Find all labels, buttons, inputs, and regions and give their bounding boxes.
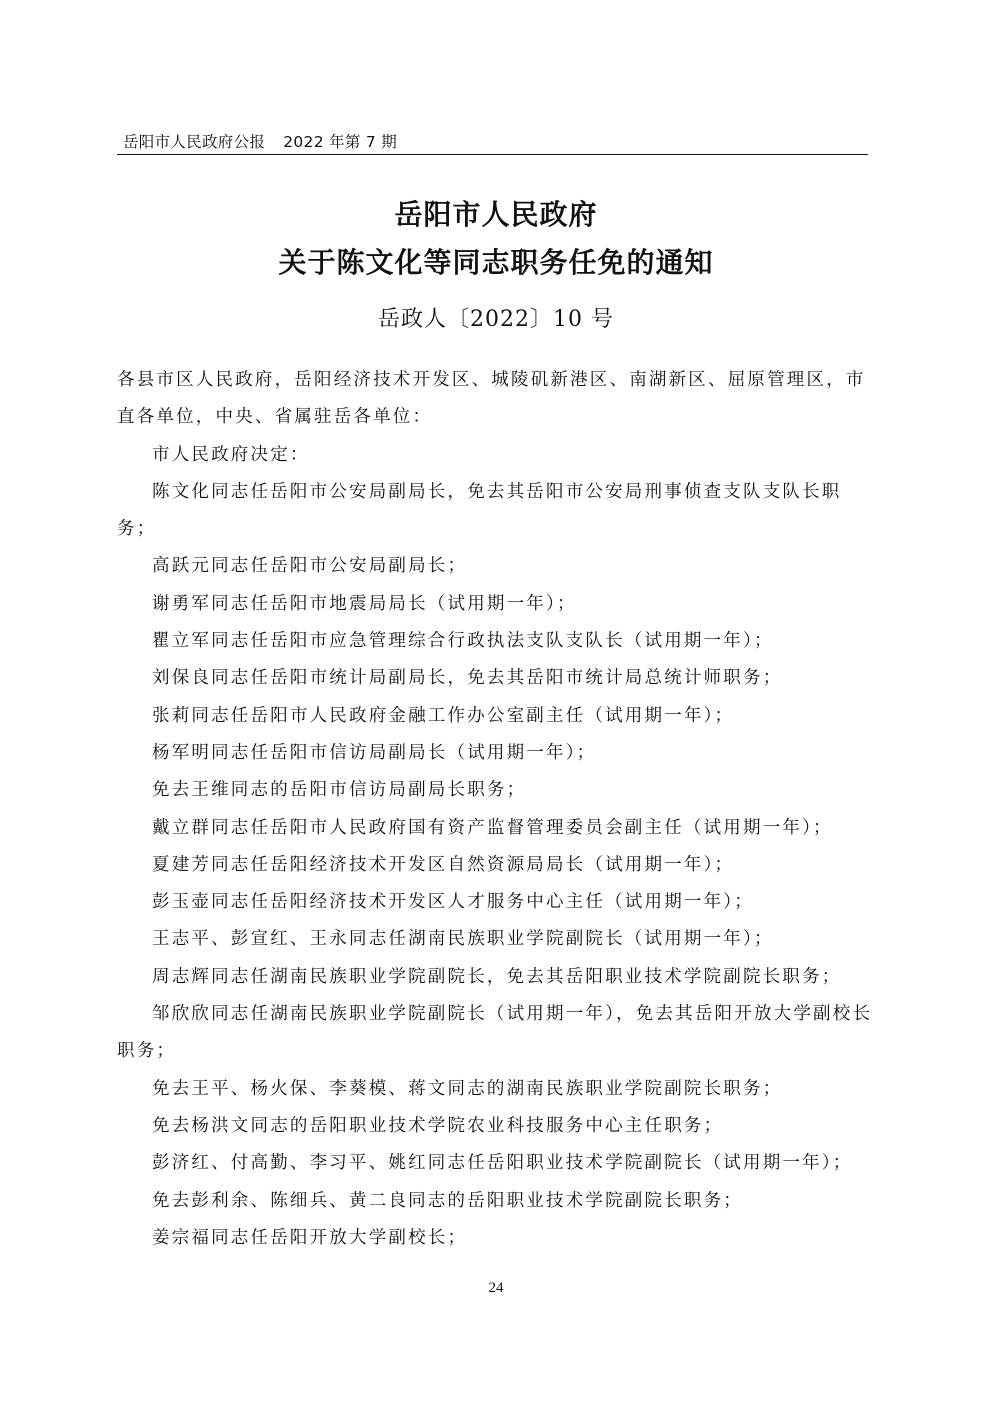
paragraph: 陈文化同志任岳阳市公安局副局长，免去其岳阳市公安局刑事侦查支队支队长职务； [117, 474, 877, 549]
document-title-line-1: 岳阳市人民政府 [0, 193, 992, 233]
paragraph: 免去王平、杨火保、李葵模、蒋文同志的湖南民族职业学院副院长职务； [117, 1071, 877, 1108]
paragraph: 彭济红、付高勤、李习平、姚红同志任岳阳职业技术学院副院长（试用期一年）； [117, 1145, 877, 1182]
paragraph: 市人民政府决定： [117, 437, 877, 474]
paragraph: 高跃元同志任岳阳市公安局副局长； [117, 548, 877, 585]
addressee: 各县市区人民政府，岳阳经济技术开发区、城陵矶新港区、南湖新区、屈原管理区，市直各… [117, 362, 877, 437]
paragraph: 彭玉壶同志任岳阳经济技术开发区人才服务中心主任（试用期一年）； [117, 884, 877, 921]
paragraph: 谢勇军同志任岳阳市地震局局长（试用期一年）； [117, 586, 877, 623]
paragraph: 免去杨洪文同志的岳阳职业技术学院农业科技服务中心主任职务； [117, 1108, 877, 1145]
paragraph: 免去彭利余、陈细兵、黄二良同志的岳阳职业技术学院副院长职务； [117, 1183, 877, 1220]
paragraph: 杨军明同志任岳阳市信访局副局长（试用期一年）； [117, 735, 877, 772]
running-header: 岳阳市人民政府公报2022 年第 7 期 [123, 130, 397, 152]
document-body: 各县市区人民政府，岳阳经济技术开发区、城陵矶新港区、南湖新区、屈原管理区，市直各… [117, 362, 877, 1257]
paragraph: 刘保良同志任岳阳市统计局副局长，免去其岳阳市统计局总统计师职务； [117, 660, 877, 697]
paragraph: 邹欣欣同志任湖南民族职业学院副院长（试用期一年），免去其岳阳开放大学副校长职务； [117, 996, 877, 1071]
paragraph: 瞿立军同志任岳阳市应急管理综合行政执法支队支队长（试用期一年）； [117, 623, 877, 660]
paragraph: 王志平、彭宣红、王永同志任湖南民族职业学院副院长（试用期一年）； [117, 921, 877, 958]
page-number: 24 [0, 1280, 992, 1297]
document-number: 岳政人〔2022〕10 号 [0, 302, 992, 333]
paragraph: 戴立群同志任岳阳市人民政府国有资产监督管理委员会副主任（试用期一年）； [117, 810, 877, 847]
paragraph: 张莉同志任岳阳市人民政府金融工作办公室副主任（试用期一年）； [117, 698, 877, 735]
header-rule [117, 154, 868, 155]
paragraph: 周志辉同志任湖南民族职业学院副院长，免去其岳阳职业技术学院副院长职务； [117, 959, 877, 996]
document-title-line-2: 关于陈文化等同志职务任免的通知 [0, 241, 992, 281]
paragraph: 姜宗福同志任岳阳开放大学副校长； [117, 1220, 877, 1257]
paragraph: 夏建芳同志任岳阳经济技术开发区自然资源局局长（试用期一年）； [117, 847, 877, 884]
paragraph: 免去王维同志的岳阳市信访局副局长职务； [117, 772, 877, 809]
issue-number: 2022 年第 7 期 [283, 133, 397, 151]
publication-name: 岳阳市人民政府公报 [123, 133, 265, 151]
